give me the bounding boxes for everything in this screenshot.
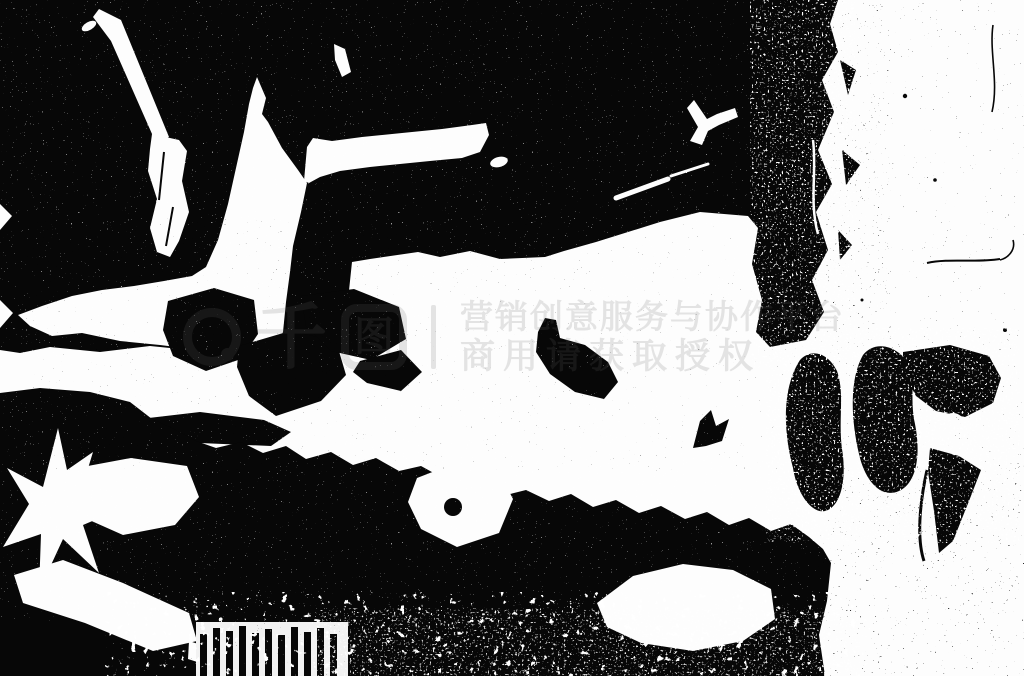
grunge-texture-canvas bbox=[0, 0, 1024, 676]
speckle-noise-overlays bbox=[0, 0, 1024, 676]
stock-texture-image: 千 图 营销创意服务与协作平台 商用请获取授权 bbox=[0, 0, 1024, 676]
